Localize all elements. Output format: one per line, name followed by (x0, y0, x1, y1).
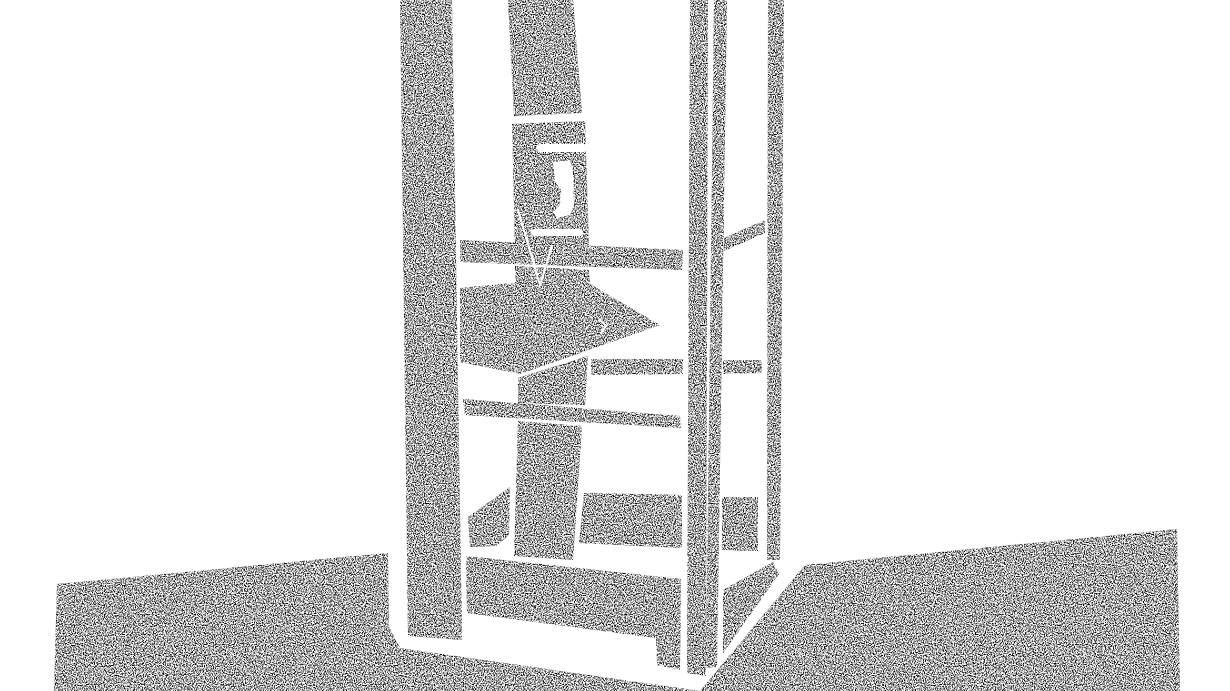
artwork-canvas: Phone booth woodcut illustration Black-a… (0, 0, 1230, 691)
right-frame-post-2 (706, 0, 727, 668)
phone-column-top (508, 0, 582, 116)
small-left-block (468, 487, 510, 547)
base-plinth (466, 556, 681, 670)
ground-left (54, 553, 390, 691)
right-frame-post-3 (767, 0, 784, 560)
right-frame-post-1 (687, 0, 708, 676)
door-panel-lower (579, 493, 682, 548)
left-pillar (400, 0, 462, 640)
mid-bar-right (591, 359, 683, 375)
side-bar-upper (724, 220, 765, 251)
phone-column-lower (514, 421, 582, 560)
side-bar-mid (723, 360, 762, 374)
phone-booth-illustration (0, 0, 1230, 691)
side-panel-lower (722, 497, 758, 551)
